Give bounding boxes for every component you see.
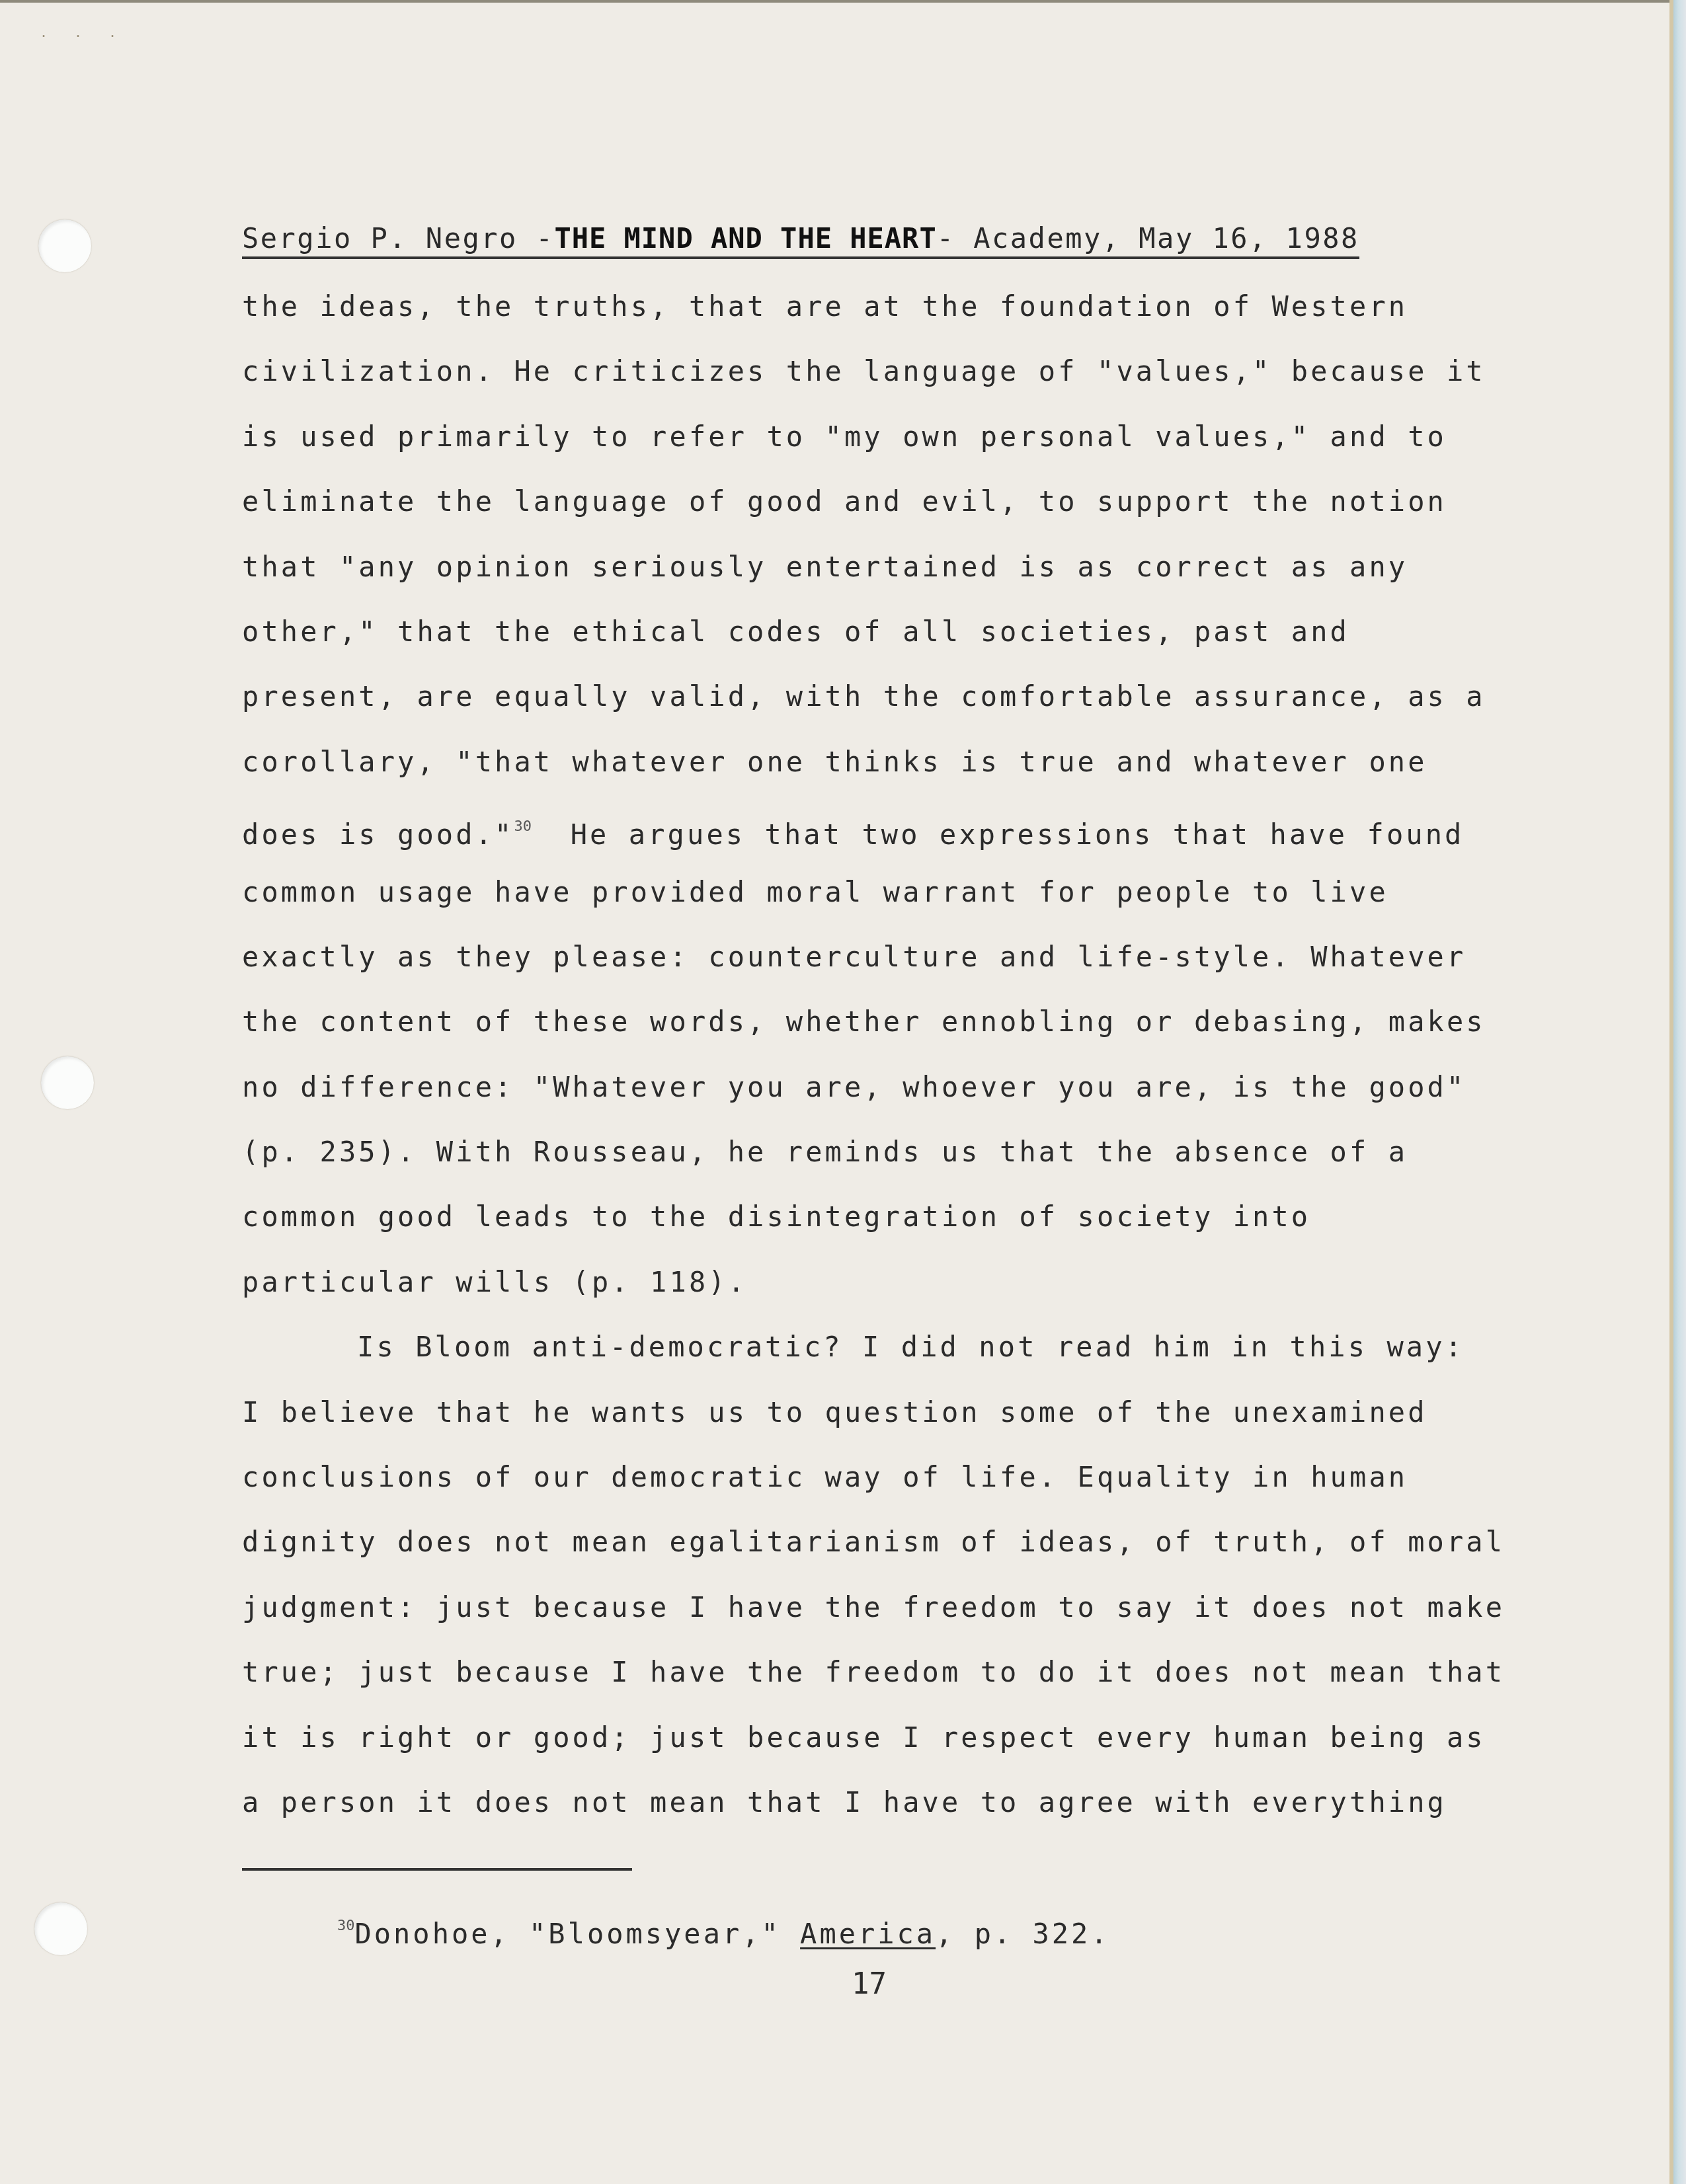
footnote-page: , p. 322. xyxy=(936,1918,1110,1950)
text-fragment: He argues that two expressions that have… xyxy=(532,818,1465,851)
footnote-author: Donohoe, "Bloomsyear," xyxy=(355,1918,801,1950)
body-text: the ideas, the truths, that are at the f… xyxy=(242,287,1564,1848)
scanned-page: ··· Sergio P. Negro -THE MIND AND THE HE… xyxy=(0,0,1669,2184)
text-line: conclusions of our democratic way of lif… xyxy=(242,1458,1564,1522)
text-line: that "any opinion seriously entertained … xyxy=(242,547,1564,612)
header-title: THE MIND AND THE HEART xyxy=(554,222,936,254)
footnote-publication: America xyxy=(800,1918,936,1950)
text-line: exactly as they please: counterculture a… xyxy=(242,937,1564,1002)
punch-hole-middle xyxy=(41,1056,94,1109)
text-fragment: does is good." xyxy=(242,818,514,851)
header-author: Sergio P. Negro - xyxy=(242,222,554,254)
footnote-separator xyxy=(242,1868,632,1871)
header-venue-date: - Academy, May 16, 1988 xyxy=(937,222,1359,254)
text-line: a person it does not mean that I have to… xyxy=(242,1783,1564,1848)
text-line: true; just because I have the freedom to… xyxy=(242,1653,1564,1717)
text-line: present, are equally valid, with the com… xyxy=(242,677,1564,742)
text-line: particular wills (p. 118). xyxy=(242,1263,1564,1327)
text-line: eliminate the language of good and evil,… xyxy=(242,482,1564,547)
footnote-reference: 30 xyxy=(514,818,532,835)
footnote-marker: 30 xyxy=(337,1918,355,1934)
paper-specks: ··· xyxy=(40,28,143,44)
text-line: common usage have provided moral warrant… xyxy=(242,873,1564,937)
text-line: the ideas, the truths, that are at the f… xyxy=(242,287,1564,352)
paragraph-2-first-line: Is Bloom anti-democratic? I did not read… xyxy=(242,1327,1564,1392)
text-line: corollary, "that whatever one thinks is … xyxy=(242,742,1564,807)
text-line: dignity does not mean egalitarianism of … xyxy=(242,1522,1564,1587)
text-line: is used primarily to refer to "my own pe… xyxy=(242,417,1564,482)
text-line: civilization. He criticizes the language… xyxy=(242,352,1564,416)
background-edge xyxy=(1673,0,1686,2184)
text-line: common good leads to the disintegration … xyxy=(242,1197,1564,1262)
text-line-with-footnote: does is good."30 He argues that two expr… xyxy=(242,807,1564,872)
text-line: no difference: "Whatever you are, whoeve… xyxy=(242,1068,1564,1132)
text-line: it is right or good; just because I resp… xyxy=(242,1718,1564,1783)
text-line: I believe that he wants us to question s… xyxy=(242,1393,1564,1458)
punch-hole-top xyxy=(38,219,91,272)
page-number: 17 xyxy=(852,1967,887,2001)
footnote: 30Donohoe, "Bloomsyear," America, p. 322… xyxy=(337,1906,1110,1954)
text-line: judgment: just because I have the freedo… xyxy=(242,1588,1564,1653)
running-header: Sergio P. Negro -THE MIND AND THE HEART-… xyxy=(242,222,1359,259)
text-line: other," that the ethical codes of all so… xyxy=(242,612,1564,677)
text-line: the content of these words, whether enno… xyxy=(242,1002,1564,1067)
punch-hole-bottom xyxy=(34,1902,87,1955)
text-line: (p. 235). With Rousseau, he reminds us t… xyxy=(242,1132,1564,1197)
